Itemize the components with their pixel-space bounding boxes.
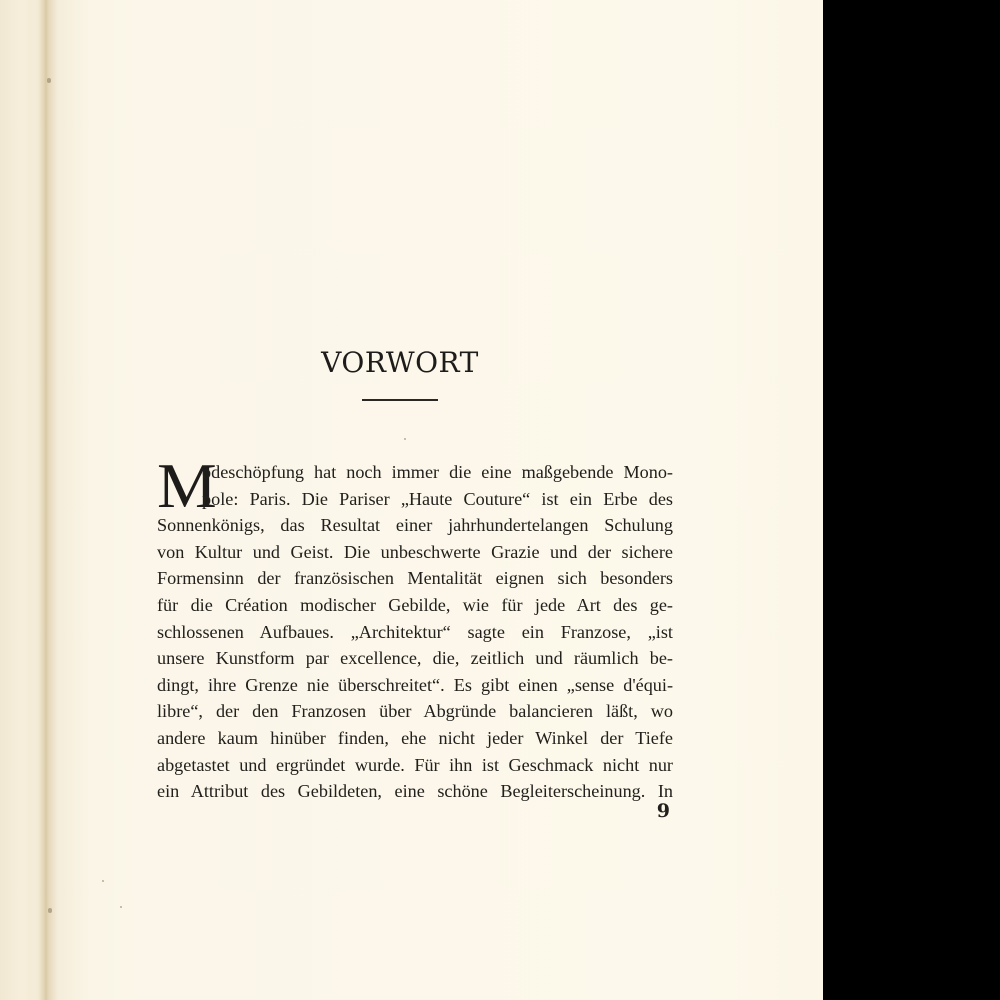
text-line: unsere Kunstform par excellence, die, ze…	[157, 645, 673, 672]
gutter-speck	[48, 908, 52, 913]
text-line: andere kaum hinüber finden, ehe nicht je…	[157, 725, 673, 752]
dust-speck	[102, 880, 104, 882]
dust-speck	[404, 438, 406, 440]
scanned-book-page: VORWORT M odeschöpfung hat noch immer di…	[0, 0, 1000, 1000]
text-line: Formensinn der französischen Mentalität …	[157, 565, 673, 592]
scan-background-border	[823, 0, 1000, 1000]
page-number: 9	[650, 800, 670, 822]
dust-speck	[120, 906, 122, 908]
book-page: VORWORT M odeschöpfung hat noch immer di…	[0, 0, 823, 1000]
text-line: schlossenen Aufbaues. „Architektur“ sagt…	[157, 619, 673, 646]
text-line: dingt, ihre Grenze nie überschreitet“. E…	[157, 672, 673, 699]
text-line: abgetastet und ergründet wurde. Für ihn …	[157, 752, 673, 779]
text-line: libre“, der den Franzosen über Abgründe …	[157, 698, 673, 725]
text-line: für die Création modischer Gebilde, wie …	[157, 592, 673, 619]
text-line: odeschöpfung hat noch immer die eine maß…	[157, 459, 673, 486]
title-underline-rule	[362, 399, 438, 401]
text-line: Sonnenkönigs, das Resultat einer jahrhun…	[157, 512, 673, 539]
body-paragraph: odeschöpfung hat noch immer die eine maß…	[157, 459, 673, 805]
text-line: pole: Paris. Die Pariser „Haute Couture“…	[157, 486, 673, 513]
text-line: von Kultur und Geist. Die unbeschwerte G…	[157, 539, 673, 566]
page-title: VORWORT	[300, 346, 500, 379]
text-line: ein Attribut des Gebildeten, eine schöne…	[157, 778, 673, 805]
gutter-speck	[47, 78, 51, 83]
